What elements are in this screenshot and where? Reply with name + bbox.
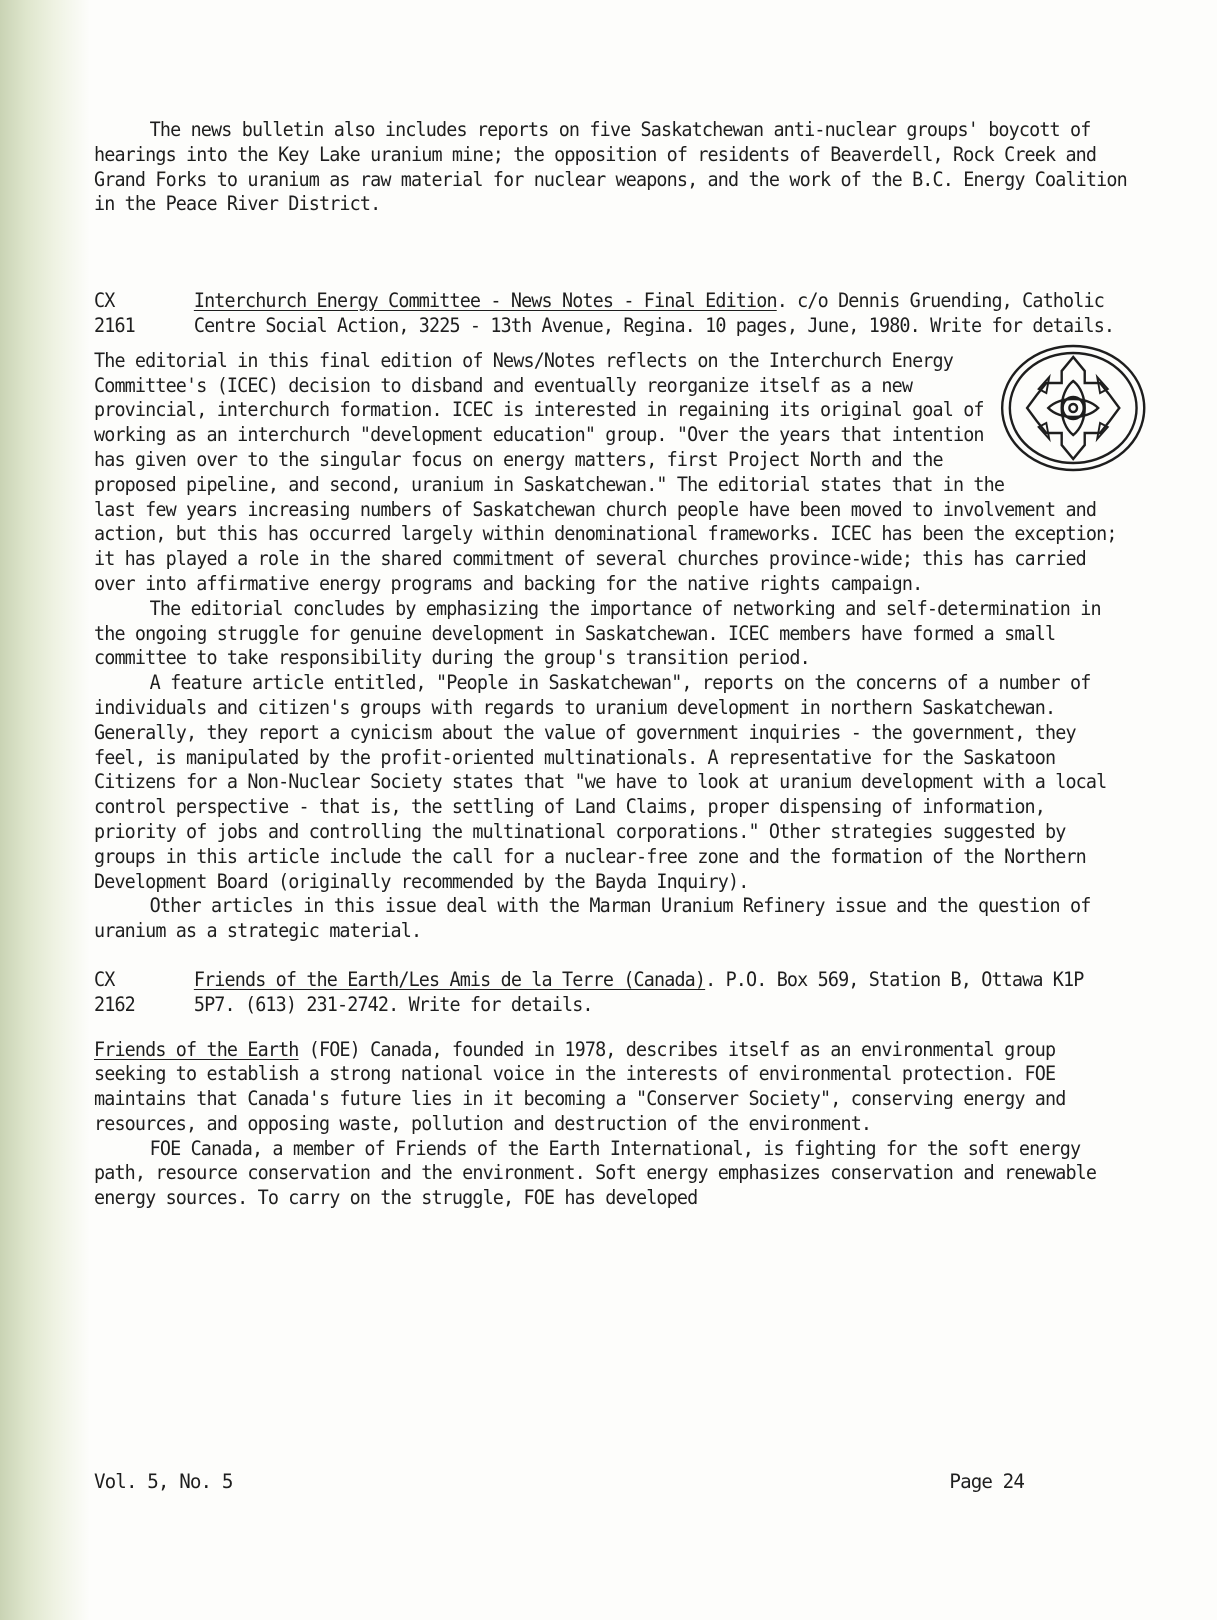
entry-citation: Friends of the Earth/Les Amis de la Terr…: [194, 968, 1131, 1018]
body-paragraph: A feature article entitled, "People in S…: [94, 671, 1131, 894]
entry-code: CX 2162: [94, 968, 194, 1018]
entry-cx-2162: CX 2162 Friends of the Earth/Les Amis de…: [94, 968, 1131, 1018]
document-page: The news bulletin also includes reports …: [94, 118, 1131, 1211]
entry-cx-2161: CX 2161 Interchurch Energy Committee - N…: [94, 289, 1131, 339]
body-paragraph: Other articles in this issue deal with t…: [94, 894, 1131, 944]
entry-title: Friends of the Earth/Les Amis de la Terr…: [194, 968, 705, 991]
volume-number: Vol. 5, No. 5: [94, 1470, 232, 1493]
page-number: Page 24: [949, 1470, 1024, 1493]
scanned-binding-edge: [0, 0, 90, 1620]
page-footer: Vol. 5, No. 5 Page 24: [94, 1470, 1024, 1493]
body-paragraph: The editorial in this final edition of N…: [94, 349, 1131, 597]
entry-citation: Interchurch Energy Committee - News Note…: [194, 289, 1131, 339]
entry-title: Interchurch Energy Committee - News Note…: [194, 289, 777, 312]
entry-code: CX 2161: [94, 289, 194, 339]
body-paragraph: FOE Canada, a member of Friends of the E…: [94, 1137, 1131, 1211]
body-paragraph: Friends of the Earth (FOE) Canada, found…: [94, 1038, 1131, 1137]
circular-cross-emblem-icon: [996, 343, 1150, 473]
lead-underlined-text: Friends of the Earth: [94, 1038, 299, 1061]
body-paragraph: The editorial concludes by emphasizing t…: [94, 597, 1131, 671]
intro-paragraph: The news bulletin also includes reports …: [94, 118, 1131, 217]
